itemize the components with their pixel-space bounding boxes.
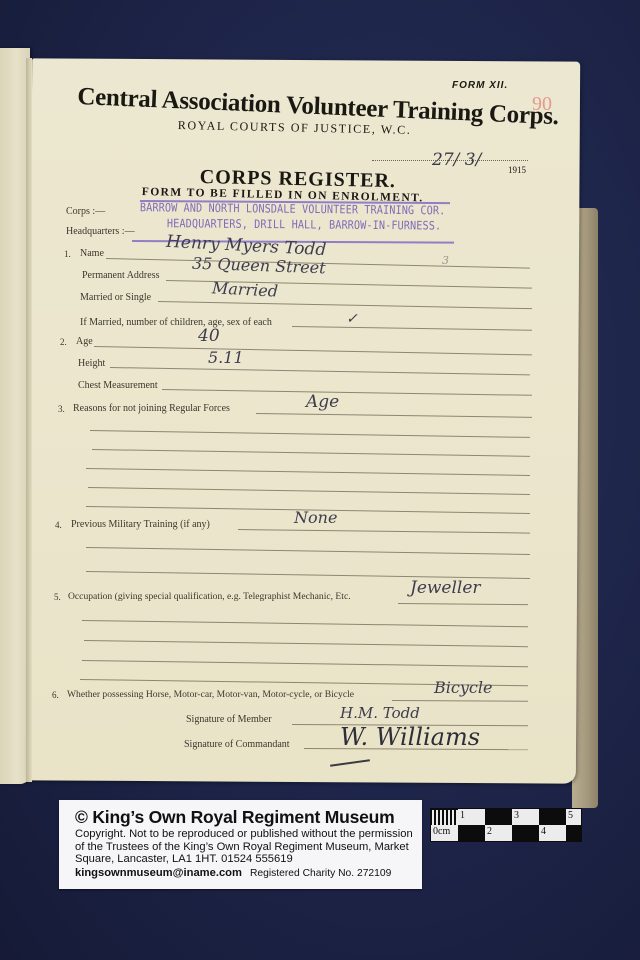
- scale-cell-5: 5: [566, 809, 581, 825]
- children-value[interactable]: ✓: [346, 311, 358, 327]
- book-gutter: [26, 58, 32, 782]
- scale-cell: [566, 825, 581, 841]
- military-label: Previous Military Training (if any): [71, 519, 210, 530]
- field-number-4: 4.: [55, 520, 62, 530]
- form-number: FORM XII.: [452, 80, 508, 91]
- scale-cell-1: 1: [458, 809, 485, 825]
- occupation-value[interactable]: Jeweller: [410, 578, 481, 598]
- card-footer: kingsownmuseum@iname.comRegistered Chari…: [75, 867, 391, 879]
- age-value[interactable]: 40: [198, 326, 220, 346]
- scale-cell: [539, 809, 566, 825]
- scale-cell-3: 3: [512, 809, 539, 825]
- field-number-2: 2.: [60, 337, 67, 347]
- copyright-notice: Copyright. Not to be reproduced or publi…: [75, 828, 420, 866]
- charity-number: Registered Charity No. 272109: [250, 868, 391, 879]
- date-handwritten: 27/ 3/: [432, 150, 481, 170]
- form-page: [28, 58, 580, 783]
- museum-email[interactable]: kingsownmuseum@iname.com: [75, 867, 242, 879]
- address-label: Permanent Address: [82, 270, 160, 281]
- scale-cell-4: 4: [539, 825, 566, 841]
- scale-bar: 1 3 5 0cm 2 4: [430, 808, 582, 842]
- corps-label: Corps :—: [66, 206, 105, 217]
- chest-label: Chest Measurement: [78, 380, 158, 391]
- scale-cell-0: 0cm: [431, 825, 458, 841]
- reasons-value[interactable]: Age: [306, 392, 339, 412]
- military-value[interactable]: None: [294, 508, 337, 527]
- name-note: 3: [442, 254, 449, 267]
- headquarters-stamp: HEADQUARTERS, DRILL HALL, BARROW-IN-FURN…: [167, 218, 441, 233]
- scale-mm-ticks: [431, 809, 458, 825]
- children-label: If Married, number of children, age, sex…: [80, 317, 272, 328]
- married-label: Married or Single: [80, 292, 151, 303]
- transport-label: Whether possessing Horse, Motor-car, Mot…: [67, 689, 354, 700]
- commandant-signature[interactable]: W. Williams: [340, 723, 480, 751]
- field-number-6: 6.: [52, 690, 59, 700]
- commandant-signature-label: Signature of Commandant: [184, 739, 290, 750]
- age-label: Age: [76, 336, 93, 347]
- museum-title: © King’s Own Royal Regiment Museum: [75, 807, 395, 828]
- field-number-5: 5.: [54, 592, 61, 602]
- headquarters-label: Headquarters :—: [66, 226, 135, 237]
- scale-cell: [485, 809, 512, 825]
- field-number-1: 1.: [64, 249, 71, 259]
- height-value[interactable]: 5.11: [208, 348, 244, 367]
- name-label: Name: [80, 248, 104, 259]
- occupation-label: Occupation (giving special qualification…: [68, 591, 351, 602]
- reasons-label: Reasons for not joining Regular Forces: [73, 403, 230, 414]
- transport-value[interactable]: Bicycle: [434, 678, 492, 697]
- museum-copyright-label: © King’s Own Royal Regiment Museum Copyr…: [59, 800, 422, 889]
- member-signature-label: Signature of Member: [186, 714, 272, 725]
- scale-cell: [512, 825, 539, 841]
- married-value[interactable]: Married: [212, 278, 279, 300]
- member-signature[interactable]: H.M. Todd: [340, 704, 420, 722]
- height-label: Height: [78, 358, 105, 369]
- field-number-3: 3.: [58, 404, 65, 414]
- date-year: 1915: [508, 165, 526, 175]
- scale-cell: [458, 825, 485, 841]
- scale-cell-2: 2: [485, 825, 512, 841]
